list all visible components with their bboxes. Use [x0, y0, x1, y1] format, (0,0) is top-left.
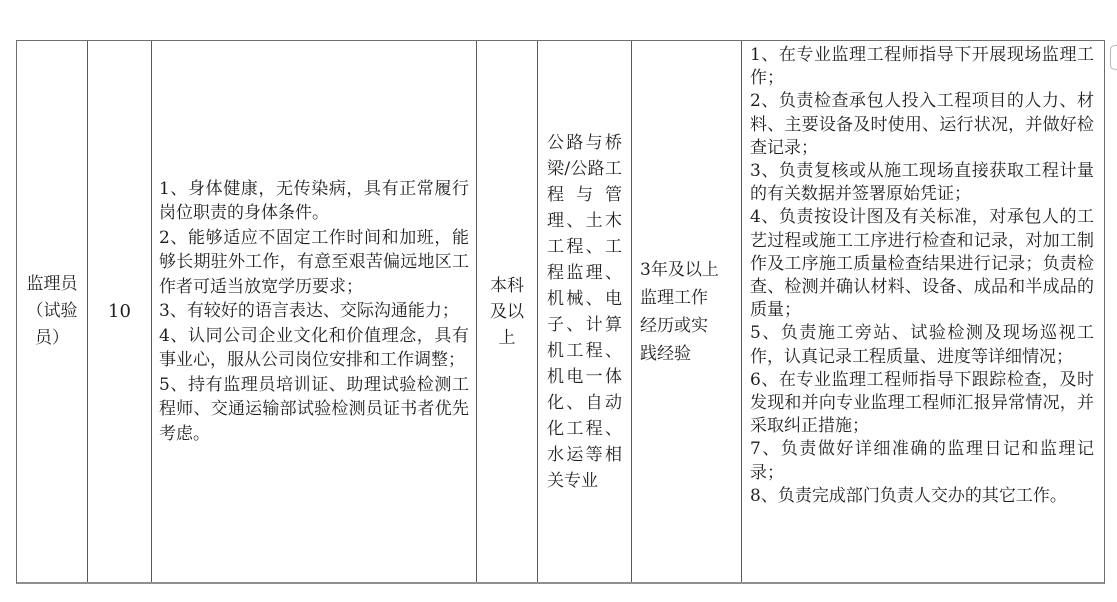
experience-cell: 3年及以上监理工作经历或实践经验 — [632, 41, 742, 582]
headcount-cell: 10 — [88, 41, 152, 582]
duty-item: 7、负责做好详细准确的监理日记和监理记录； — [750, 438, 1094, 484]
duty-item: 2、负责检查承包人投入工程项目的人力、材料、主要设备及时使用、运行状况，并做好检… — [750, 90, 1094, 160]
duty-item: 8、负责完成部门负责人交办的其它工作。 — [750, 485, 1094, 508]
duty-item: 1、在专业监理工程师指导下开展现场监理工作； — [750, 44, 1094, 90]
floating-scroll-button[interactable] — [1110, 45, 1117, 70]
major-value: 公路与桥梁/公路工程与管理、土木工程、工程监理、机械、电子、计算机工程、机电一体… — [547, 130, 622, 494]
education-value: 本科及以上 — [488, 273, 526, 351]
duty-item: 3、负责复核或从施工现场直接获取工程计量的有关数据并签署原始凭证； — [750, 160, 1094, 206]
duty-item: 4、负责按设计图及有关标准，对承包人的工艺过程或施工工序进行检查和记录，对加工制… — [750, 206, 1094, 322]
experience-value: 3年及以上监理工作经历或实践经验 — [640, 256, 719, 368]
duties-cell: 1、在专业监理工程师指导下开展现场监理工作； 2、负责检查承包人投入工程项目的人… — [742, 41, 1104, 582]
job-posting-table: 监理员（试验员） 10 1、身体健康，无传染病，具有正常履行岗位职责的身体条件。… — [16, 40, 1105, 584]
requirement-item: 1、身体健康，无传染病，具有正常履行岗位职责的身体条件。 — [159, 177, 469, 226]
position-cell: 监理员（试验员） — [17, 41, 88, 582]
duty-item: 6、在专业监理工程师指导下跟踪检查，及时发现和并向专业监理工程师汇报异常情况，并… — [750, 369, 1094, 439]
education-cell: 本科及以上 — [477, 41, 538, 582]
duty-item: 5、负责施工旁站、试验检测及现场巡视工作，认真记录工程质量、进度等详细情况； — [750, 322, 1094, 368]
requirement-item: 3、有较好的语言表达、交际沟通能力； — [159, 299, 469, 324]
requirement-item: 4、认同公司企业文化和价值理念，具有事业心，服从公司岗位安排和工作调整； — [159, 324, 469, 373]
requirement-item: 2、能够适应不固定工作时间和加班，能够长期驻外工作，有意至艰苦偏远地区工作者可适… — [159, 226, 469, 300]
major-cell: 公路与桥梁/公路工程与管理、土木工程、工程监理、机械、电子、计算机工程、机电一体… — [538, 41, 632, 582]
requirements-cell: 1、身体健康，无传染病，具有正常履行岗位职责的身体条件。 2、能够适应不固定工作… — [152, 41, 477, 582]
position-name: 监理员（试验员） — [25, 271, 79, 352]
headcount-value: 10 — [88, 301, 151, 322]
requirement-item: 5、持有监理员培训证、助理试验检测工程师、交通运输部试验检测员证书者优先考虑。 — [159, 373, 469, 447]
